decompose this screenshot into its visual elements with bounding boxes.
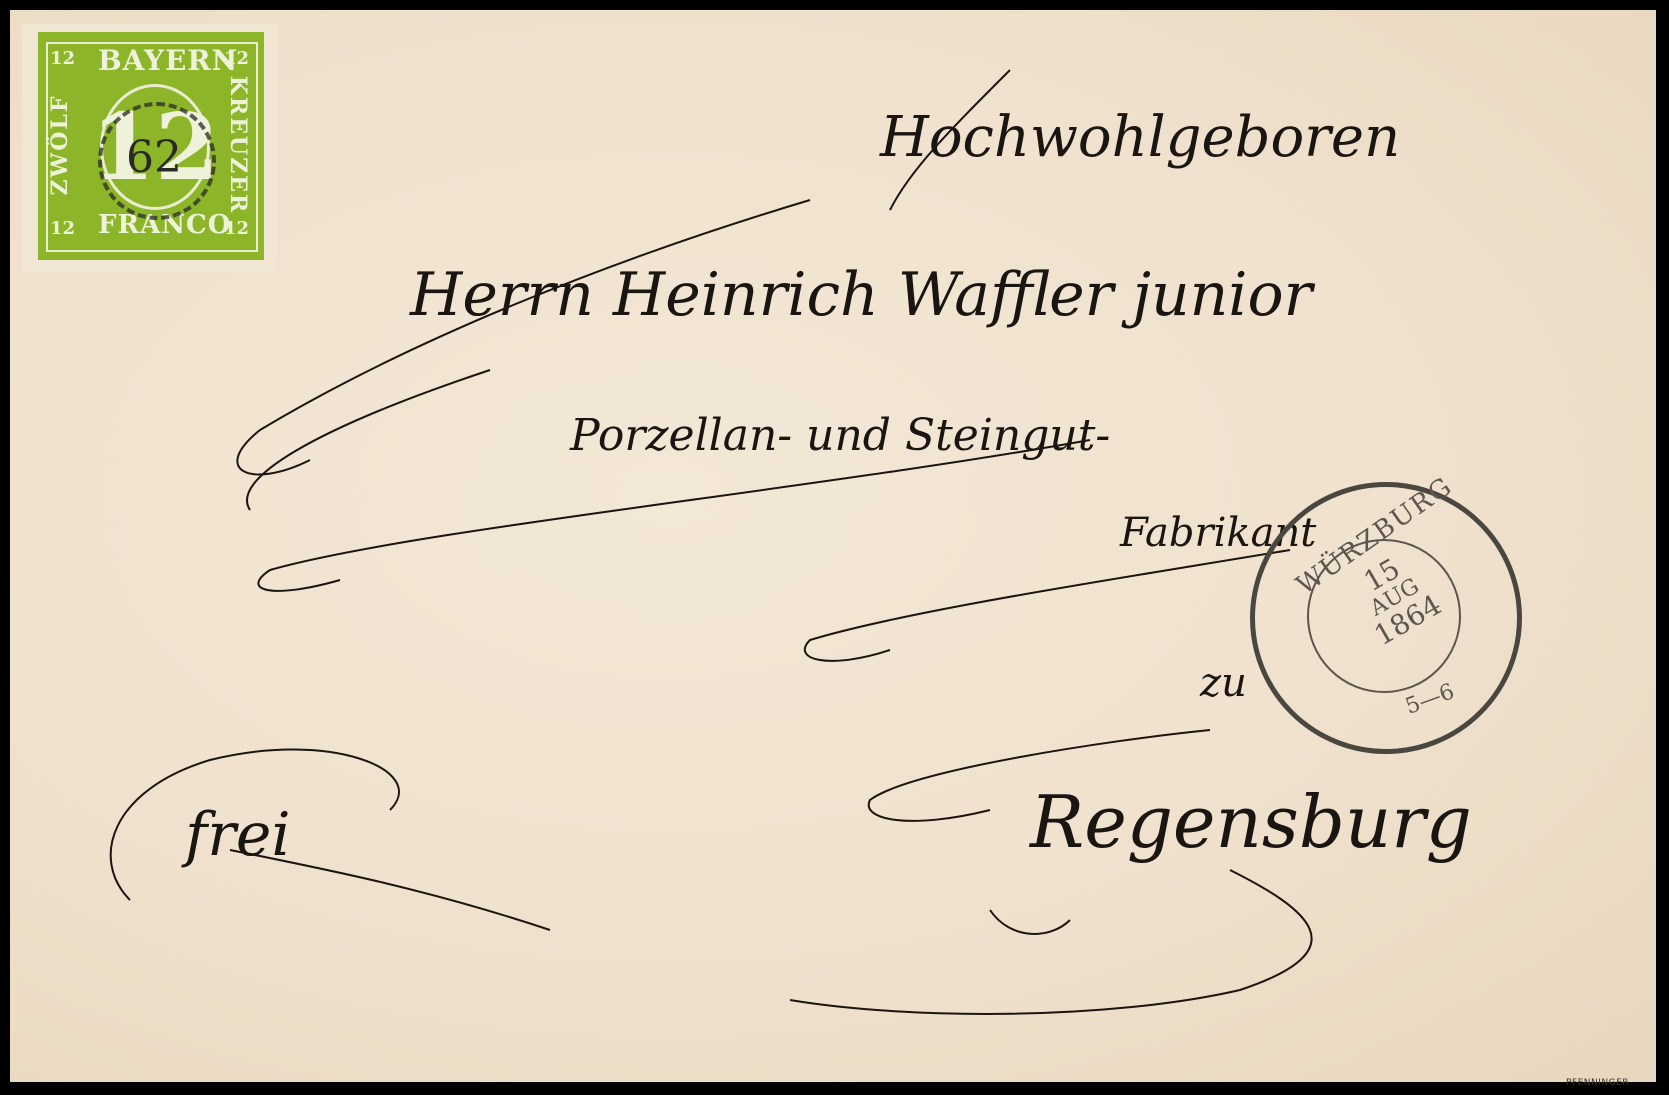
envelope-paper: BAYERN ZWÖLF KREUZER FRANCO 12 12 12 12 … [10,10,1656,1082]
postmark: WÜRZBURG 15 AUG 1864 5—6 [1250,482,1522,754]
address-salutation: Hochwohlgeboren [880,105,1400,170]
imprint-label: PFENNINGER [1566,1078,1629,1088]
address-occupation-1: Porzellan- und Steingut- [570,410,1110,461]
address-preposition: zu [1200,660,1247,706]
notation-bottom-left: frei [185,800,291,870]
address-addressee: Herrn Heinrich Waffler junior [410,260,1312,330]
address-city: Regensburg [1030,780,1472,864]
